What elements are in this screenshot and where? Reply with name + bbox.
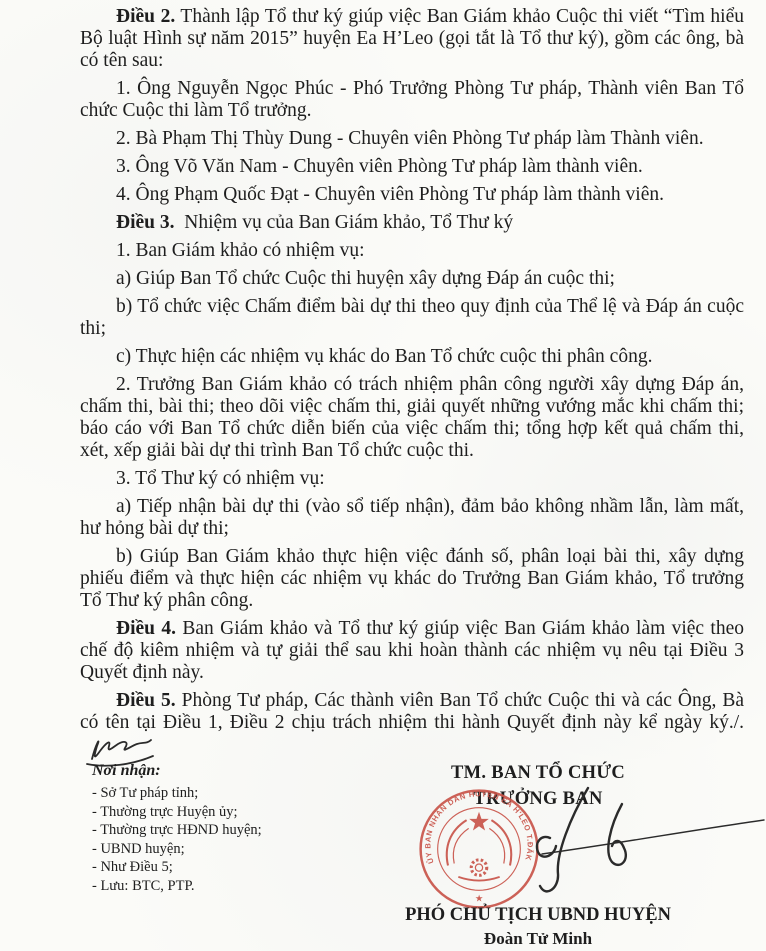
handwritten-signature xyxy=(470,776,766,904)
task-1b-text: b) Tổ chức việc Chấm điểm bài dự thi the… xyxy=(80,296,744,339)
article-2-text: Thành lập Tổ thư ký giúp việc Ban Giám k… xyxy=(80,6,744,71)
task-2-text: 2. Trưởng Ban Giám khảo có trách nhiệm p… xyxy=(80,374,744,461)
recipient-item: - Lưu: BTC, PTP. xyxy=(92,878,262,894)
task-3b-text: b) Giúp Ban Giám khảo thực hiện việc đán… xyxy=(80,546,744,611)
task-3b-paragraph: b) Giúp Ban Giám khảo thực hiện việc đán… xyxy=(80,546,744,612)
article-2-paragraph: Điều 2. Thành lập Tổ thư ký giúp việc Ba… xyxy=(80,6,744,72)
article-3-text: Nhiệm vụ của Ban Giám khảo, Tổ Thư ký xyxy=(184,212,513,233)
task-1b-paragraph: b) Tổ chức việc Chấm điểm bài dự thi the… xyxy=(80,296,744,340)
member-2-item: 2. Bà Phạm Thị Thùy Dung - Chuyên viên P… xyxy=(80,128,744,150)
task-1c-paragraph: c) Thực hiện các nhiệm vụ khác do Ban Tổ… xyxy=(80,346,744,368)
seal-wreath-left-icon xyxy=(447,820,467,865)
member-1-item: 1. Ông Nguyễn Ngọc Phúc - Phó Trưởng Phò… xyxy=(80,78,744,122)
recipient-item: - Thường trực HĐND huyện; xyxy=(92,822,262,838)
task-3a-text: a) Tiếp nhận bài dự thi (vào sổ tiếp nhậ… xyxy=(80,496,744,539)
task-2-paragraph: 2. Trưởng Ban Giám khảo có trách nhiệm p… xyxy=(80,374,744,462)
seal-wreath-left-inner-icon xyxy=(453,828,468,863)
task-1a-paragraph: a) Giúp Ban Tổ chức Cuộc thi huyện xây d… xyxy=(80,268,744,290)
task-3a-paragraph: a) Tiếp nhận bài dự thi (vào sổ tiếp nhậ… xyxy=(80,496,744,540)
member-1-text: 1. Ông Nguyễn Ngọc Phúc - Phó Trưởng Phò… xyxy=(80,78,744,121)
article-3-paragraph: Điều 3. Nhiệm vụ của Ban Giám khảo, Tổ T… xyxy=(80,212,744,234)
task-1-paragraph: 1. Ban Giám khảo có nhiệm vụ: xyxy=(80,240,744,262)
document-page: Điều 2. Thành lập Tổ thư ký giúp việc Ba… xyxy=(0,0,766,951)
article-3-label: Điều 3. xyxy=(116,212,175,233)
task-3-paragraph: 3. Tổ Thư ký có nhiệm vụ: xyxy=(80,468,744,490)
recipient-item: - Sở Tư pháp tỉnh; xyxy=(92,785,262,801)
article-5-label: Điều 5. xyxy=(116,690,176,711)
member-2-text: 2. Bà Phạm Thị Thùy Dung - Chuyên viên P… xyxy=(116,128,704,149)
task-1a-text: a) Giúp Ban Tổ chức Cuộc thi huyện xây d… xyxy=(116,268,615,289)
document-body: Điều 2. Thành lập Tổ thư ký giúp việc Ba… xyxy=(80,6,744,774)
task-1c-text: c) Thực hiện các nhiệm vụ khác do Ban Tổ… xyxy=(116,346,652,367)
task-1-text: 1. Ban Giám khảo có nhiệm vụ: xyxy=(116,240,365,261)
article-4-label: Điều 4. xyxy=(116,618,176,639)
article-4-paragraph: Điều 4. Ban Giám khảo và Tổ thư ký giúp … xyxy=(80,618,744,684)
member-3-item: 3. Ông Võ Văn Nam - Chuyên viên Phòng Tư… xyxy=(80,156,744,178)
article-5-text: Phòng Tư pháp, Các thành viên Ban Tổ chứ… xyxy=(80,690,744,733)
recipient-item: - Như Điều 5; xyxy=(92,859,262,875)
signer-name: Đoàn Tử Minh xyxy=(398,929,678,949)
article-5-paragraph: Điều 5. Phòng Tư pháp, Các thành viên Ba… xyxy=(80,690,744,768)
member-3-text: 3. Ông Võ Văn Nam - Chuyên viên Phòng Tư… xyxy=(116,156,643,177)
article-4-text: Ban Giám khảo và Tổ thư ký giúp việc Ban… xyxy=(80,618,744,683)
recipients-block: Nơi nhận: - Sở Tư pháp tỉnh; - Thường tr… xyxy=(92,763,262,896)
recipients-title: Nơi nhận: xyxy=(92,763,262,779)
member-4-item: 4. Ông Phạm Quốc Đạt - Chuyên viên Phòng… xyxy=(80,184,744,206)
member-4-text: 4. Ông Phạm Quốc Đạt - Chuyên viên Phòng… xyxy=(116,184,664,205)
recipient-item: - UBND huyện; xyxy=(92,841,262,857)
signer-title: PHÓ CHỦ TỊCH UBND HUYỆN xyxy=(398,905,678,926)
recipient-item: - Thường trực Huyện ủy; xyxy=(92,804,262,820)
task-3-text: 3. Tổ Thư ký có nhiệm vụ: xyxy=(116,468,325,489)
article-2-label: Điều 2. xyxy=(116,6,175,27)
